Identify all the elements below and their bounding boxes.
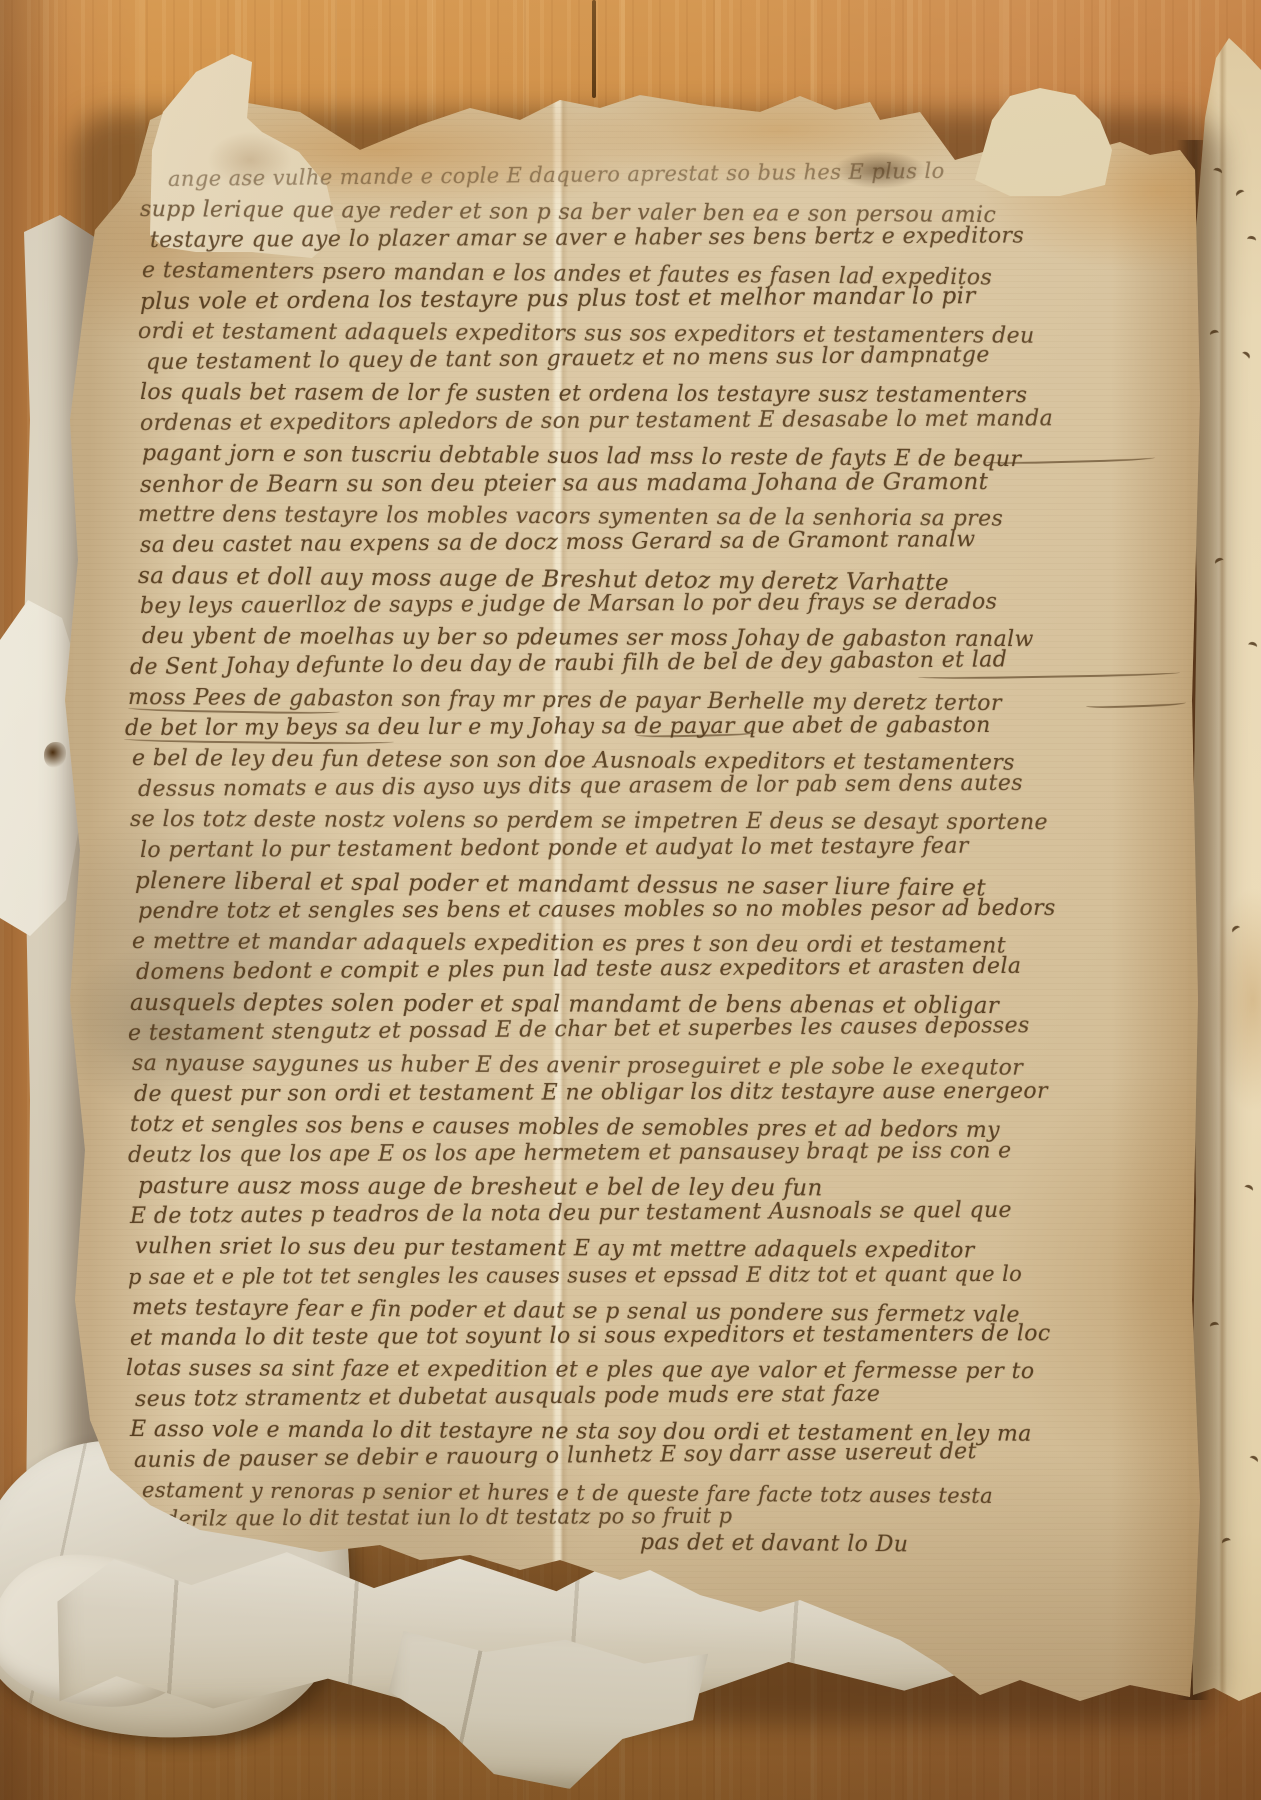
manuscript-line: deutz los que los ape E os los ape herme… xyxy=(128,1138,1012,1168)
manuscript-line: domens bedont e compit e ples pun lad te… xyxy=(136,954,1022,985)
manuscript-line: lotas suses sa sint faze et expedition e… xyxy=(126,1356,1035,1384)
manuscript-line: e pederilz que lo dit testat iun lo dt t… xyxy=(118,1504,733,1531)
manuscript-line: et manda lo dit teste que tot soyunt lo … xyxy=(130,1321,1051,1351)
manuscript-line: pagant jorn e son tuscriu debtable suos … xyxy=(142,441,1022,472)
manuscript-photo: ange ase vulhe mande e cople E daquero a… xyxy=(0,0,1261,1800)
manuscript-line: lo pertant lo pur testament bedont ponde… xyxy=(140,834,969,863)
manuscript-line: que testament lo quey de tant son grauet… xyxy=(146,343,990,375)
manuscript-line: seus totz stramentz et dubetat ausquals … xyxy=(135,1382,880,1412)
manuscript-line: de quest pur son ordi et testament E ne … xyxy=(134,1079,1048,1107)
manuscript-line: ange ase vulhe mande e cople E daquero a… xyxy=(168,159,945,191)
manuscript-line: sa deu castet nau expens sa de docz moss… xyxy=(140,527,976,558)
manuscript-line: de Sent Johay defunte lo deu day de raub… xyxy=(130,647,1007,680)
manuscript-line: los quals bet rasem de lor fe susten et … xyxy=(140,380,1027,408)
manuscript-line: e testament stengutz et possad E de char… xyxy=(128,1013,1030,1046)
manuscript-line: testayre que aye lo plazer amar se aver … xyxy=(150,223,1024,253)
manuscript-line: bey leys cauerlloz de sayps e judge de M… xyxy=(140,590,997,619)
wood-grain-crack xyxy=(592,0,596,98)
manuscript-line: aunis de pauser se debir e rauourg o lun… xyxy=(134,1439,977,1473)
manuscript-line: dessus nomats e aus dis ayso uys dits qu… xyxy=(138,771,1023,802)
manuscript-line: estament y renoras p senior et hures e t… xyxy=(142,1478,993,1508)
manuscript-line: pas det et davant lo Du xyxy=(640,1530,909,1557)
manuscript-line: p sae et e ple tot tet sengles les cause… xyxy=(128,1262,1022,1289)
manuscript-line: pendre totz et sengles ses bens et cause… xyxy=(138,896,1056,924)
underline-flourish xyxy=(1086,700,1186,709)
manuscript-line: se los totz deste nostz volens so perdem… xyxy=(130,807,1048,835)
manuscript-line: senhor de Bearn su son deu pteier sa aus… xyxy=(140,469,988,498)
manuscript-line: ordenas et expeditors apledors de son pu… xyxy=(140,406,1053,436)
manuscript-line: plus vole et ordena los testayre pus plu… xyxy=(140,283,976,315)
manuscript-line: sa nyause saygunes us huber E des avenir… xyxy=(132,1051,1023,1081)
manuscript-line: vulhen sriet lo sus deu pur testament E … xyxy=(135,1234,975,1263)
manuscript-line: pasture ausz moss auge de bresheut e bel… xyxy=(138,1173,823,1201)
manuscript-line: E de totz autes p teadros de la nota deu… xyxy=(130,1198,1012,1229)
